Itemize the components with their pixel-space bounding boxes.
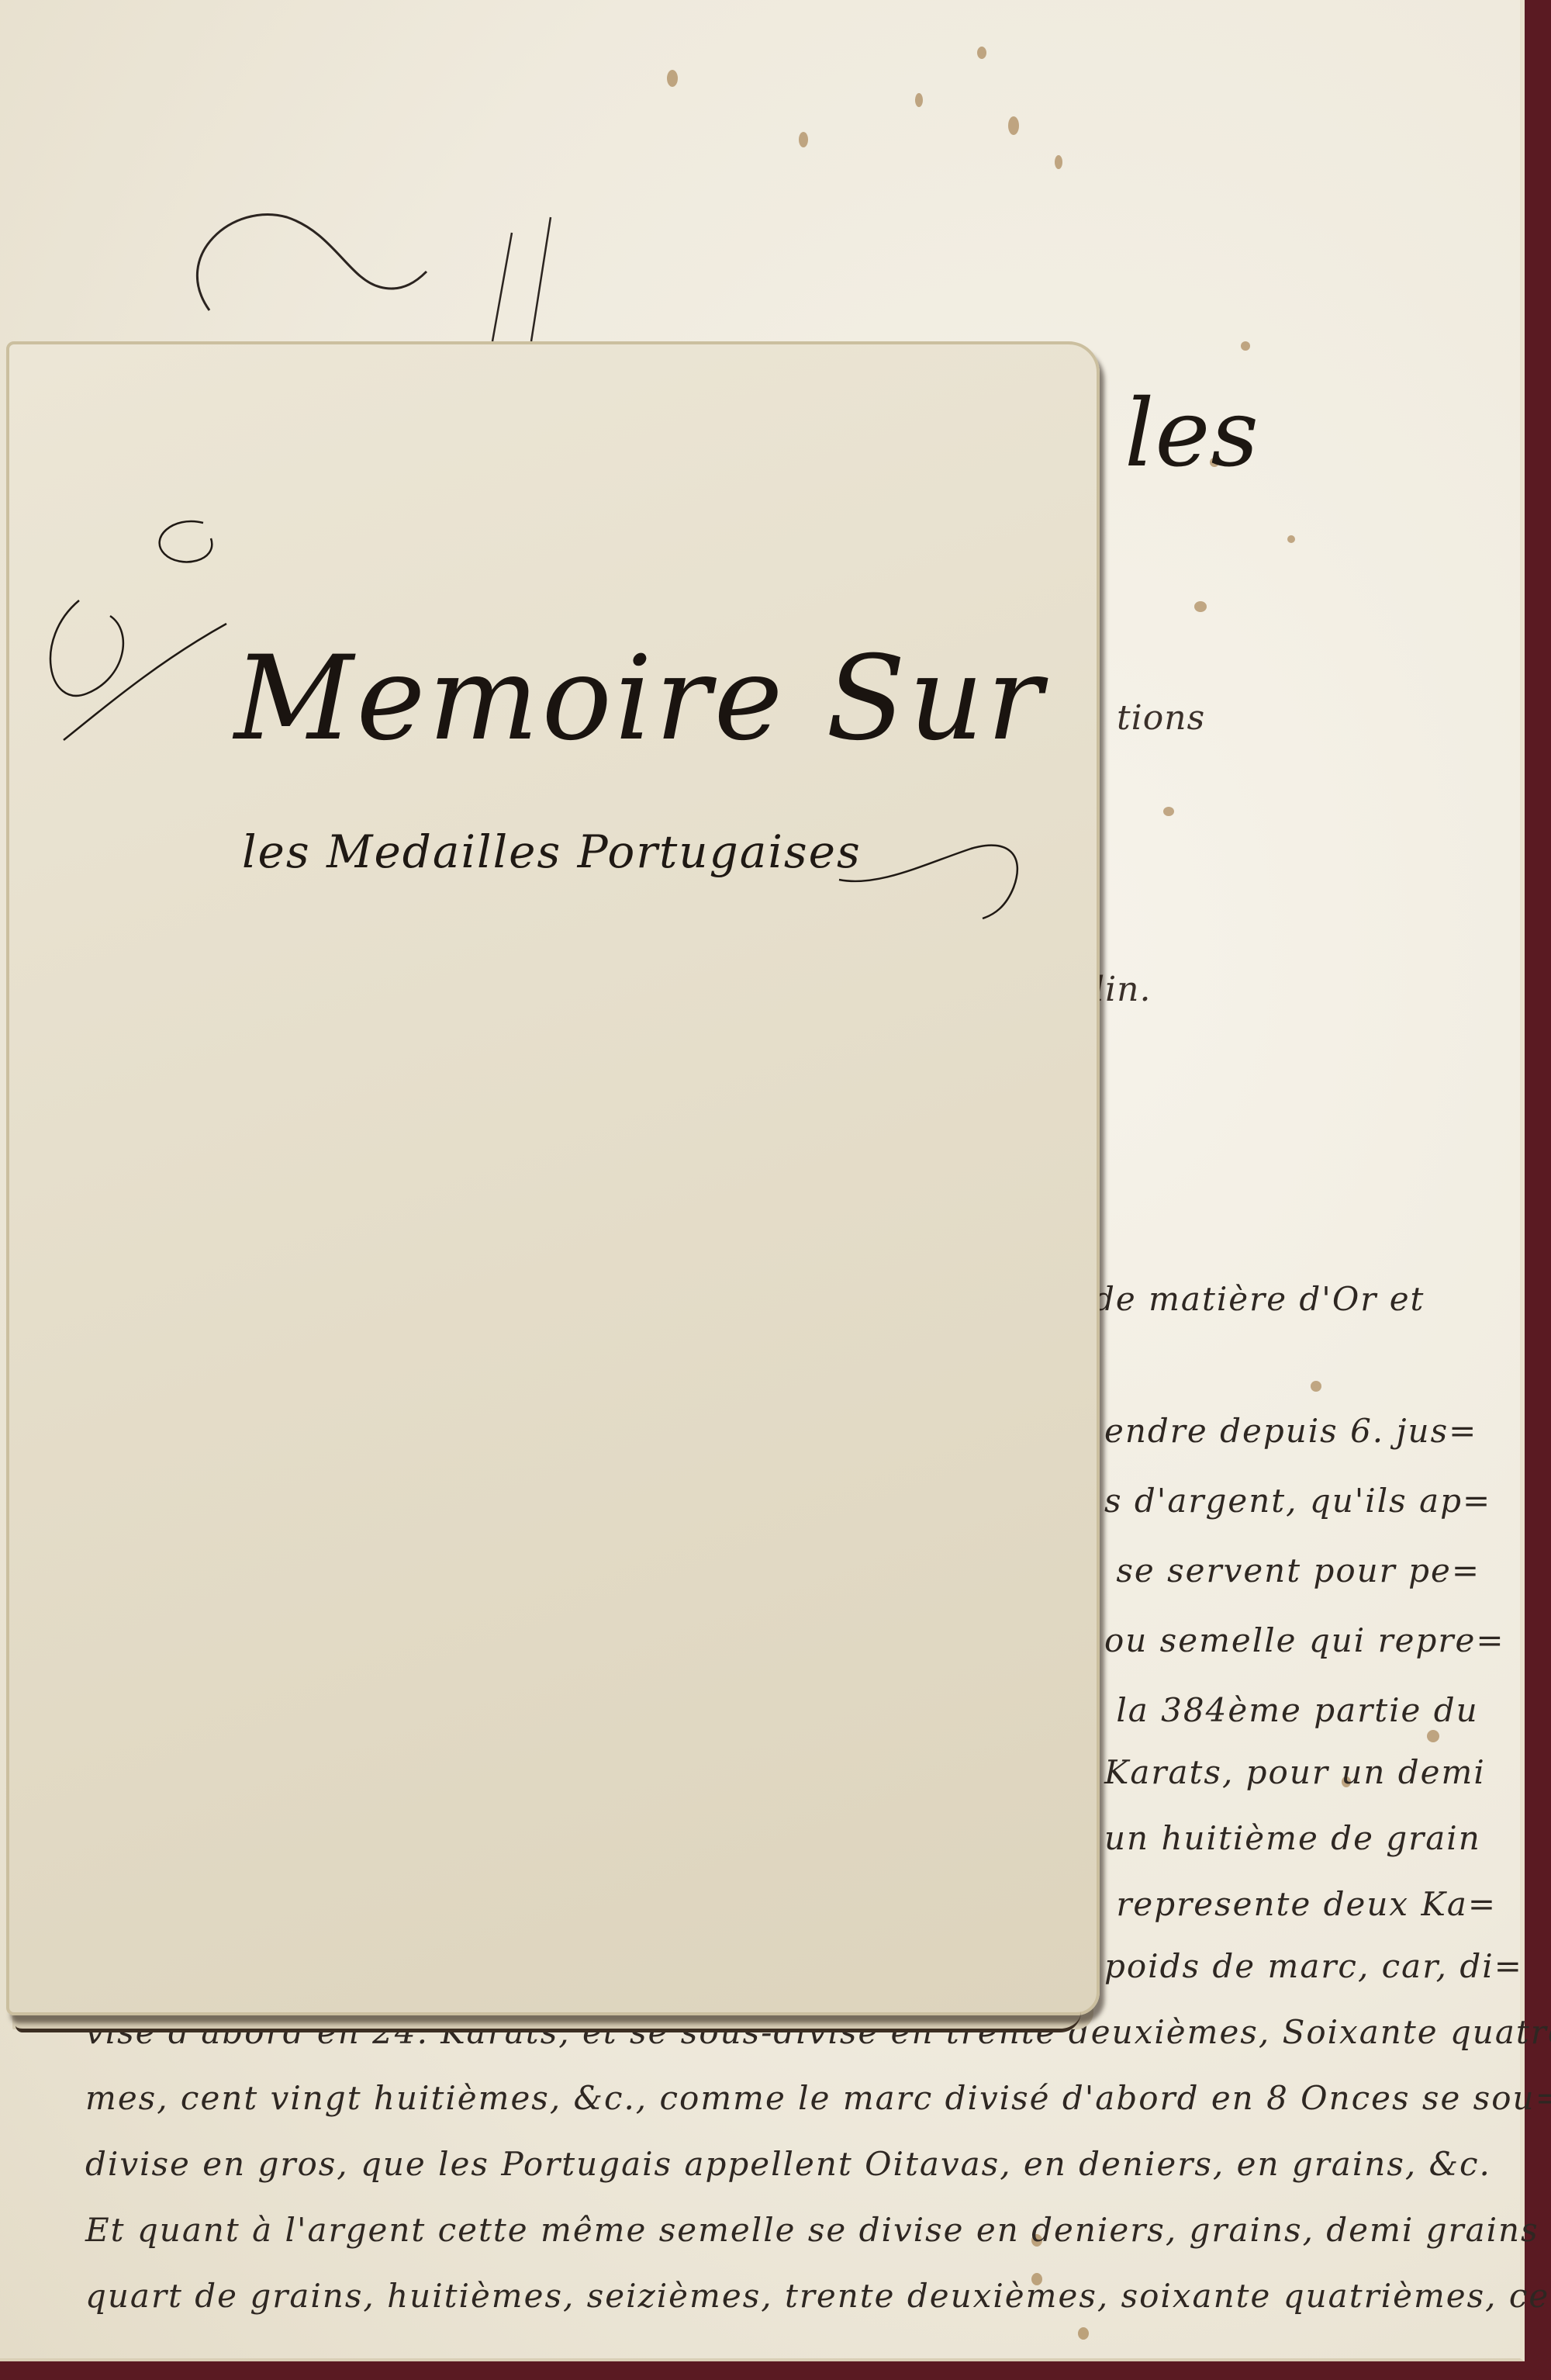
manuscript-booklet-cover: Memoire Sur les Medailles Portugaises — [6, 341, 1100, 2015]
decorative-flourish-icon — [831, 833, 1033, 926]
foxing-spot — [977, 47, 986, 59]
manuscript-line: divise en gros, que les Portugais appell… — [85, 2145, 1491, 2183]
manuscript-line: … se servent pour pe= — [1070, 1551, 1480, 1590]
text-fragment: lin. — [1093, 970, 1151, 1009]
text-fragment: tions — [1117, 698, 1205, 738]
foxing-spot — [1008, 116, 1019, 135]
foxing-spot — [1241, 341, 1250, 351]
heading-fragment: les — [1124, 380, 1259, 488]
manuscript-line: mes, cent vingt huitièmes, &c., comme le… — [85, 2079, 1551, 2117]
booklet-edge — [16, 2012, 1081, 2032]
manuscript-line: …ou semelle qui repre= — [1070, 1621, 1505, 1659]
manuscript-line: …un huitième de grain — [1070, 1819, 1481, 1857]
manuscript-line: … represente deux Ka= — [1070, 1885, 1497, 1923]
manuscript-line: Et quant à l'argent cette même semelle s… — [85, 2211, 1539, 2249]
manuscript-line: …endre depuis 6. jus= — [1070, 1412, 1477, 1450]
foxing-spot — [667, 70, 678, 87]
decorative-flourish-icon — [186, 186, 651, 341]
decorative-flourish-icon — [33, 507, 265, 802]
foxing-spot — [1427, 1730, 1439, 1742]
manuscript-line: … la 384ème partie du — [1070, 1691, 1479, 1729]
manuscript-line: de matière d'Or et — [1093, 1280, 1425, 1318]
manuscript-line: …s d'argent, qu'ils ap= — [1070, 1482, 1491, 1520]
booklet-subtitle: les Medailles Portugaises — [242, 825, 862, 878]
foxing-spot — [1078, 2327, 1089, 2340]
manuscript-line: quart de grains, huitièmes, seizièmes, t… — [85, 2277, 1551, 2315]
foxing-spot — [915, 93, 923, 107]
foxing-spot — [1311, 1381, 1321, 1392]
manuscript-line: …Karats, pour un demi — [1070, 1753, 1486, 1791]
foxing-spot — [799, 132, 808, 147]
booklet-title: Memoire Sur — [234, 631, 1045, 766]
manuscript-line: …poids de marc, car, di= — [1070, 1947, 1523, 1985]
foxing-spot — [1287, 535, 1295, 543]
foxing-spot — [1194, 601, 1207, 612]
foxing-spot — [1055, 155, 1062, 169]
foxing-spot — [1163, 807, 1174, 816]
